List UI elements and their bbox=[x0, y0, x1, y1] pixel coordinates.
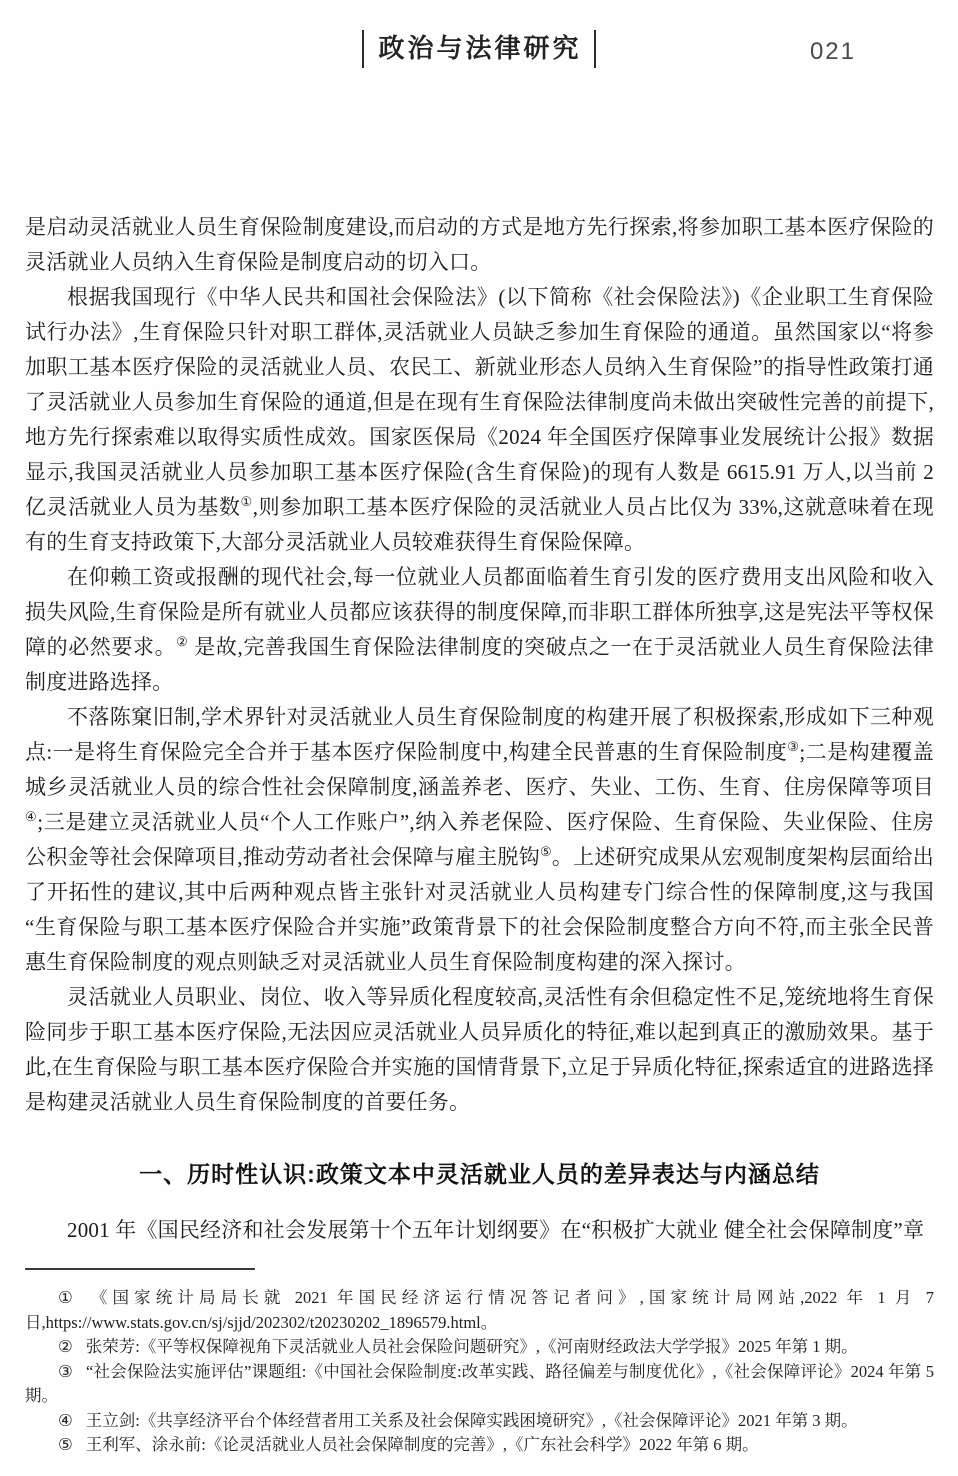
footnote: ③“社会保险法实施评估”课题组:《中国社会保险制度:改革实践、路径偏差与制度优化… bbox=[25, 1360, 934, 1409]
body-paragraph: 不落陈窠旧制,学术界针对灵活就业人员生育保险制度的构建开展了积极探索,形成如下三… bbox=[25, 700, 934, 980]
footnote-separator bbox=[25, 1268, 255, 1270]
article-body: 是启动灵活就业人员生育保险制度建设,而启动的方式是地方先行探索,将参加职工基本医… bbox=[25, 210, 934, 1458]
body-paragraph: 2001 年《国民经济和社会发展第十个五年计划纲要》在“积极扩大就业 健全社会保… bbox=[25, 1213, 934, 1248]
section-heading: 一、历时性认识:政策文本中灵活就业人员的差异表达与内涵总结 bbox=[25, 1156, 934, 1189]
footnote: ②张荣芳:《平等权保障视角下灵活就业人员社会保险问题研究》,《河南财经政法大学学… bbox=[25, 1335, 934, 1360]
body-paragraph: 是启动灵活就业人员生育保险制度建设,而启动的方式是地方先行探索,将参加职工基本医… bbox=[25, 210, 934, 280]
footnote-text: 《国家统计局局长就 2021 年国民经济运行情况答记者问》,国家统计局网站,20… bbox=[25, 1288, 934, 1332]
footnote: ④王立剑:《共享经济平台个体经营者用工关系及社会保障实践困境研究》,《社会保障评… bbox=[25, 1409, 934, 1434]
paragraph-text: 根据我国现行《中华人民共和国社会保险法》(以下简称《社会保险法》)《企业职工生育… bbox=[25, 285, 934, 519]
footnote-text: 王立剑:《共享经济平台个体经营者用工关系及社会保障实践困境研究》,《社会保障评论… bbox=[86, 1411, 858, 1430]
page-number: 021 bbox=[810, 38, 856, 66]
body-paragraph: 根据我国现行《中华人民共和国社会保险法》(以下简称《社会保险法》)《企业职工生育… bbox=[25, 280, 934, 560]
journal-title: 政治与法律研究 bbox=[362, 30, 595, 68]
footnote-reference-superscript: ① bbox=[241, 494, 253, 509]
body-paragraph: 灵活就业人员职业、岗位、收入等异质化程度较高,灵活性有余但稳定性不足,笼统地将生… bbox=[25, 980, 934, 1120]
footnote-text: 王利军、涂永前:《论灵活就业人员社会保障制度的完善》,《广东社会科学》2022 … bbox=[86, 1435, 759, 1454]
paragraph-text: 灵活就业人员职业、岗位、收入等异质化程度较高,灵活性有余但稳定性不足,笼统地将生… bbox=[25, 985, 934, 1114]
footnote-marker: ③ bbox=[58, 1362, 73, 1381]
body-paragraph: 在仰赖工资或报酬的现代社会,每一位就业人员都面临着生育引发的医疗费用支出风险和收… bbox=[25, 560, 934, 700]
footnote: ①《国家统计局局长就 2021 年国民经济运行情况答记者问》,国家统计局网站,2… bbox=[25, 1286, 934, 1335]
footnote-marker: ② bbox=[58, 1337, 73, 1356]
footnote-reference-superscript: ② bbox=[176, 634, 188, 649]
footnote-text: “社会保险法实施评估”课题组:《中国社会保险制度:改革实践、路径偏差与制度优化》… bbox=[25, 1362, 934, 1406]
footnote-marker: ⑤ bbox=[58, 1435, 73, 1454]
footnote-reference-superscript: ⑤ bbox=[540, 844, 552, 859]
footnote-reference-superscript: ③ bbox=[787, 739, 799, 754]
footnote-text: 张荣芳:《平等权保障视角下灵活就业人员社会保险问题研究》,《河南财经政法大学学报… bbox=[86, 1337, 858, 1356]
footnote-marker: ① bbox=[58, 1288, 78, 1307]
paragraph-text: 不落陈窠旧制,学术界针对灵活就业人员生育保险制度的构建开展了积极探索,形成如下三… bbox=[25, 705, 934, 764]
footnote-marker: ④ bbox=[58, 1411, 73, 1430]
journal-page: 政治与法律研究 021 是启动灵活就业人员生育保险制度建设,而启动的方式是地方先… bbox=[0, 0, 958, 1476]
footnotes-section: ①《国家统计局局长就 2021 年国民经济运行情况答记者问》,国家统计局网站,2… bbox=[25, 1286, 934, 1458]
paragraph-text: 是启动灵活就业人员生育保险制度建设,而启动的方式是地方先行探索,将参加职工基本医… bbox=[25, 215, 934, 274]
paragraph-text: 2001 年《国民经济和社会发展第十个五年计划纲要》在“积极扩大就业 健全社会保… bbox=[67, 1218, 924, 1242]
footnote: ⑤王利军、涂永前:《论灵活就业人员社会保障制度的完善》,《广东社会科学》2022… bbox=[25, 1433, 934, 1458]
page-header: 政治与法律研究 021 bbox=[0, 0, 958, 70]
footnote-reference-superscript: ④ bbox=[25, 809, 37, 824]
